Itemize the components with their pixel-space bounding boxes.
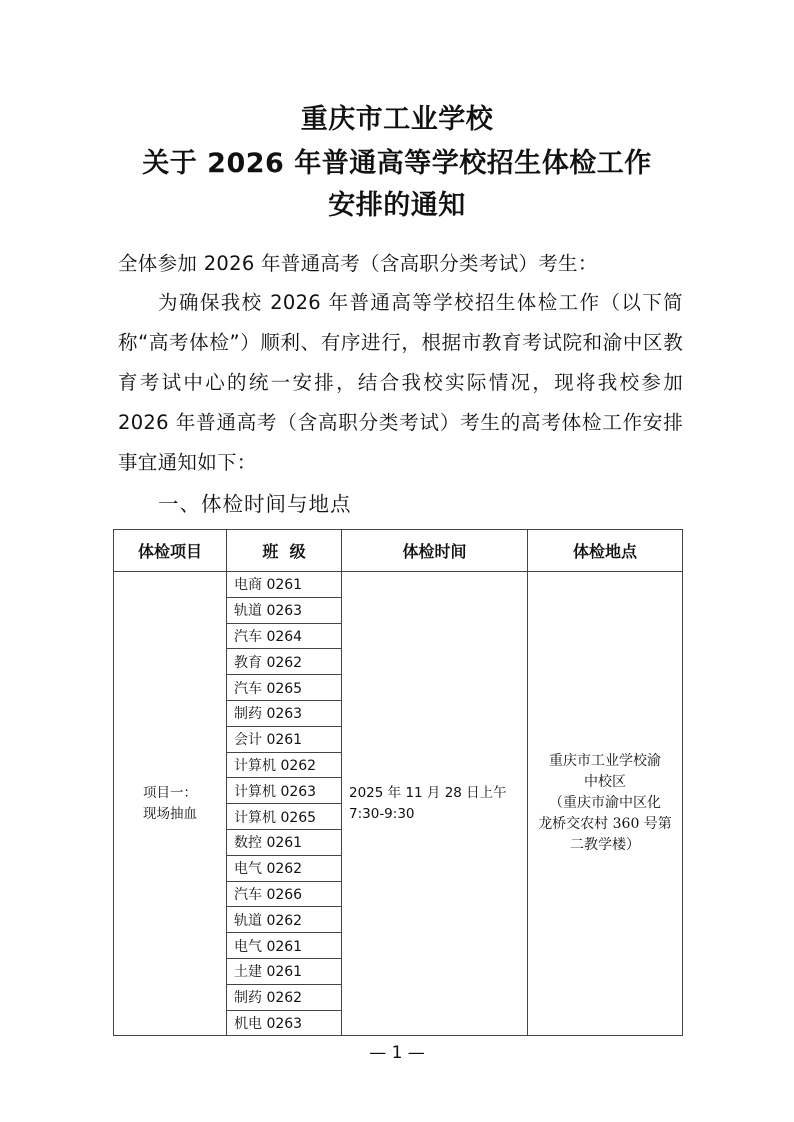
salutation: 全体参加 2026 年普通高考（含高职分类考试）考生： xyxy=(118,244,683,284)
exam-item-line-2: 现场抽血 xyxy=(114,804,226,825)
document-title-line-1: 重庆市工业学校 xyxy=(0,100,794,140)
class-cell: 电气 0261 xyxy=(227,933,342,959)
class-cell: 计算机 0262 xyxy=(227,752,342,778)
class-cell: 轨道 0262 xyxy=(227,907,342,933)
exam-item-cell: 项目一： 现场抽血 xyxy=(114,572,227,1036)
class-cell: 计算机 0263 xyxy=(227,778,342,804)
class-cell: 制药 0263 xyxy=(227,700,342,726)
class-cell: 汽车 0266 xyxy=(227,881,342,907)
exam-time-date: 2025 年 11 月 28 日上午 xyxy=(349,783,523,804)
table-header-row: 体检项目 班 级 体检时间 体检地点 xyxy=(114,530,683,572)
exam-time-range: 7:30-9:30 xyxy=(349,804,523,825)
class-cell: 制药 0262 xyxy=(227,984,342,1010)
class-cell: 轨道 0263 xyxy=(227,597,342,623)
exam-place-line-3: （重庆市渝中区化 xyxy=(532,793,678,814)
table-body: 项目一： 现场抽血 电商 0261 2025 年 11 月 28 日上午 7:3… xyxy=(114,572,683,1036)
body-paragraph: 为确保我校 2026 年普通高等学校招生体检工作（以下简称“高考体检”）顺利、有… xyxy=(118,283,683,483)
class-cell: 电气 0262 xyxy=(227,855,342,881)
exam-place-line-4: 龙桥交农村 360 号第 xyxy=(532,814,678,835)
document-title-line-3: 安排的通知 xyxy=(0,186,794,226)
header-exam-item: 体检项目 xyxy=(114,530,227,572)
class-cell: 教育 0262 xyxy=(227,649,342,675)
class-cell: 汽车 0264 xyxy=(227,623,342,649)
header-exam-time: 体检时间 xyxy=(342,530,528,572)
header-exam-place: 体检地点 xyxy=(528,530,683,572)
class-cell: 土建 0261 xyxy=(227,958,342,984)
exam-place-line-2: 中校区 xyxy=(532,772,678,793)
page-number: — 1 — xyxy=(0,1042,794,1064)
exam-place-line-1: 重庆市工业学校渝 xyxy=(532,751,678,772)
document-title-line-2: 关于 2026 年普通高等学校招生体检工作 xyxy=(0,144,794,184)
table-row: 项目一： 现场抽血 电商 0261 2025 年 11 月 28 日上午 7:3… xyxy=(114,572,683,598)
class-cell: 汽车 0265 xyxy=(227,675,342,701)
exam-time-cell: 2025 年 11 月 28 日上午 7:30-9:30 xyxy=(342,572,528,1036)
exam-schedule-table: 体检项目 班 级 体检时间 体检地点 项目一： 现场抽血 电商 0261 202… xyxy=(113,529,683,1036)
class-cell: 电商 0261 xyxy=(227,572,342,598)
header-class: 班 级 xyxy=(227,530,342,572)
section-heading: 一、体检时间与地点 xyxy=(158,484,352,524)
class-cell: 计算机 0265 xyxy=(227,804,342,830)
class-cell: 数控 0261 xyxy=(227,829,342,855)
exam-item-line-1: 项目一： xyxy=(114,783,226,804)
class-cell: 会计 0261 xyxy=(227,726,342,752)
exam-place-line-5: 二教学楼） xyxy=(532,835,678,856)
exam-place-cell: 重庆市工业学校渝 中校区 （重庆市渝中区化 龙桥交农村 360 号第 二教学楼） xyxy=(528,572,683,1036)
class-cell: 机电 0263 xyxy=(227,1010,342,1036)
